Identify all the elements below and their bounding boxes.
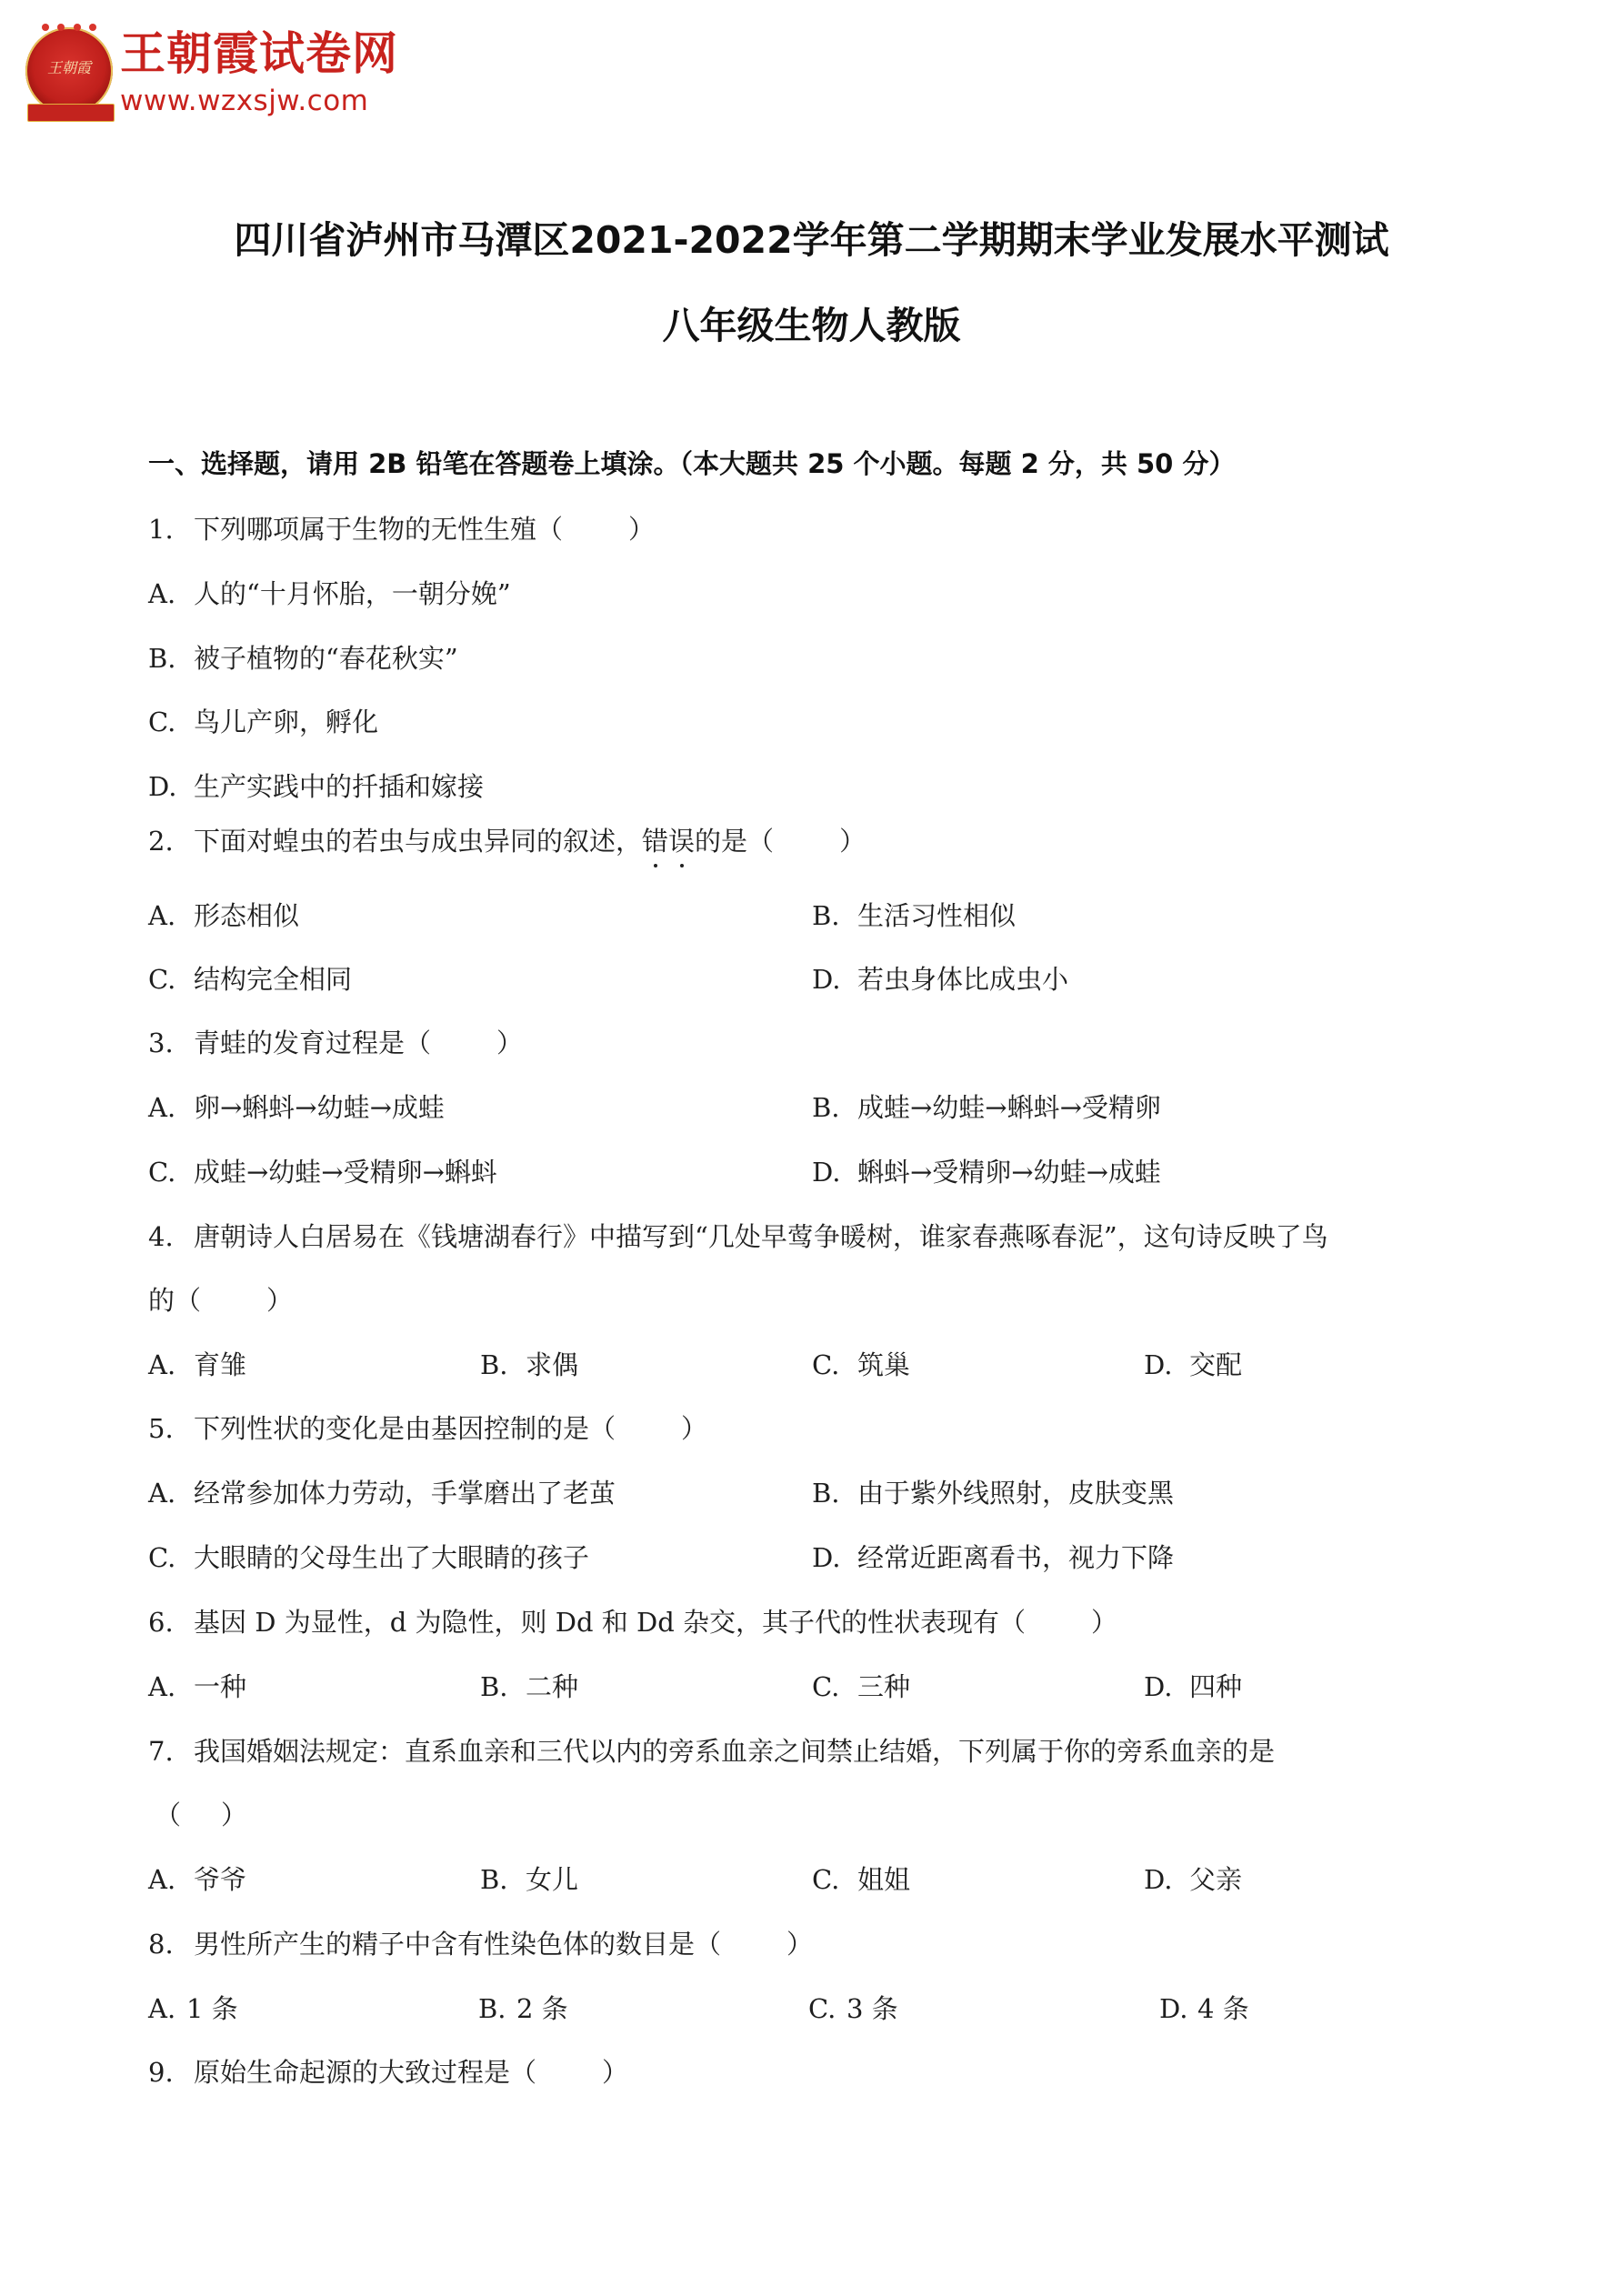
option-letter: C. (148, 709, 194, 736)
option-letter: B. (148, 646, 194, 672)
question-6-option-b[interactable]: B.二种 (480, 1674, 578, 1700)
question-3-stem: 3.青蛙的发育过程是（） (148, 1030, 523, 1057)
question-2-option-d[interactable]: D.若虫身体比成虫小 (812, 967, 1068, 993)
question-4-option-d[interactable]: D.交配 (1144, 1352, 1242, 1379)
question-5-option-d[interactable]: D.经常近距离看书，视力下降 (812, 1545, 1174, 1571)
question-number: 1. (148, 516, 194, 543)
logo-badge-icon: 王朝霞 (25, 27, 113, 115)
question-5-stem: 5.下列性状的变化是由基因控制的是（） (148, 1416, 707, 1442)
question-4-stem-line2: 的（） (148, 1288, 293, 1314)
option-text: 人的“十月怀胎，一朝分娩” (194, 578, 511, 609)
option-text: 被子植物的“春花秋实” (194, 643, 458, 674)
question-3-option-c[interactable]: C.成蛙→幼蛙→受精卵→蝌蚪 (148, 1159, 497, 1186)
site-logo: 王朝霞 王朝霞试卷网 www.wzxsjw.com (25, 24, 407, 124)
question-2-option-b[interactable]: B.生活习性相似 (812, 903, 1016, 929)
question-number: 2. (148, 828, 194, 855)
option-letter: D. (148, 774, 194, 800)
emphasis-dot-text: 误 (668, 826, 695, 857)
question-7-option-a[interactable]: A.爷爷 (148, 1867, 246, 1893)
question-4-option-c[interactable]: C.筑巢 (812, 1352, 910, 1379)
question-6-option-a[interactable]: A.一种 (148, 1674, 246, 1700)
logo-site-name: 王朝霞试卷网 (120, 31, 398, 76)
section-header: 一、选择题，请用 2B 铅笔在答题卷上填涂。（本大题共 25 个小题。每题 2 … (148, 451, 1235, 477)
option-letter: A. (148, 581, 194, 607)
document-subtitle: 八年级生物人教版 (0, 307, 1623, 345)
question-2-option-a[interactable]: A.形态相似 (148, 903, 299, 929)
question-5-option-a[interactable]: A.经常参加体力劳动，手掌磨出了老茧 (148, 1480, 616, 1507)
question-7-stem-line2: （） (155, 1802, 247, 1829)
question-1-option-b[interactable]: B.被子植物的“春花秋实” (148, 646, 458, 672)
question-7-stem: 7.我国婚姻法规定：直系血亲和三代以内的旁系血亲之间禁止结婚，下列属于你的旁系血… (148, 1739, 1275, 1765)
logo-site-url[interactable]: www.wzxsjw.com (120, 87, 368, 115)
question-4-option-a[interactable]: A.育雏 (148, 1352, 246, 1379)
question-3-option-b[interactable]: B.成蛙→幼蛙→蝌蚪→受精卵 (812, 1095, 1161, 1121)
question-6-stem: 6.基因 D 为显性，d 为隐性，则 Dd 和 Dd 杂交，其子代的性状表现有（… (148, 1609, 1117, 1636)
question-1-stem: 1.下列哪项属于生物的无性生殖（） (148, 516, 655, 543)
question-6-option-c[interactable]: C.三种 (812, 1674, 910, 1700)
question-8-stem: 8.男性所产生的精子中含有性染色体的数目是（） (148, 1931, 813, 1958)
question-1-option-a[interactable]: A.人的“十月怀胎，一朝分娩” (148, 581, 511, 607)
logo-badge-text: 王朝霞 (38, 56, 100, 77)
question-6-option-d[interactable]: D.四种 (1144, 1674, 1242, 1700)
question-5-option-b[interactable]: B.由于紫外线照射，皮肤变黑 (812, 1480, 1174, 1507)
question-7-option-b[interactable]: B.女儿 (480, 1867, 578, 1893)
crown-icon (42, 24, 96, 36)
question-2-option-c[interactable]: C.结构完全相同 (148, 967, 352, 993)
question-9-stem: 9.原始生命起源的大致过程是（） (148, 2060, 628, 2086)
question-2-stem: 2.下面对蝗虫的若虫与成虫异同的叙述，错误的是（） (148, 828, 866, 855)
question-4-stem: 4.唐朝诗人白居易在《钱塘湖春行》中描写到“几处早莺争暖树，谁家春燕啄春泥”，这… (148, 1224, 1328, 1250)
option-text: 鸟儿产卵，孵化 (194, 707, 378, 737)
question-3-option-a[interactable]: A.卵→蝌蚪→幼蛙→成蛙 (148, 1095, 445, 1121)
question-8-option-d[interactable]: D.4 条 (1159, 1996, 1249, 2022)
question-8-option-b[interactable]: B.2 条 (478, 1996, 568, 2022)
question-8-option-c[interactable]: C.3 条 (808, 1996, 898, 2022)
document-title: 四川省泸州市马潭区2021-2022学年第二学期期末学业发展水平测试 (0, 222, 1623, 259)
question-text: 下列哪项属于生物的无性生殖（ (194, 514, 563, 545)
question-7-option-c[interactable]: C.姐姐 (812, 1867, 910, 1893)
question-8-option-a[interactable]: A.1 条 (148, 1996, 238, 2022)
emphasis-dot-text: 错 (642, 826, 668, 857)
question-4-option-b[interactable]: B.求偶 (480, 1352, 578, 1379)
question-3-option-d[interactable]: D.蝌蚪→受精卵→幼蛙→成蛙 (812, 1159, 1161, 1186)
question-7-option-d[interactable]: D.父亲 (1144, 1867, 1242, 1893)
ribbon-icon (27, 104, 115, 122)
question-5-option-c[interactable]: C.大眼睛的父母生出了大眼睛的孩子 (148, 1545, 589, 1571)
question-1-option-d[interactable]: D.生产实践中的扦插和嫁接 (148, 774, 484, 800)
option-text: 生产实践中的扦插和嫁接 (194, 771, 484, 802)
question-1-option-c[interactable]: C.鸟儿产卵，孵化 (148, 709, 378, 736)
